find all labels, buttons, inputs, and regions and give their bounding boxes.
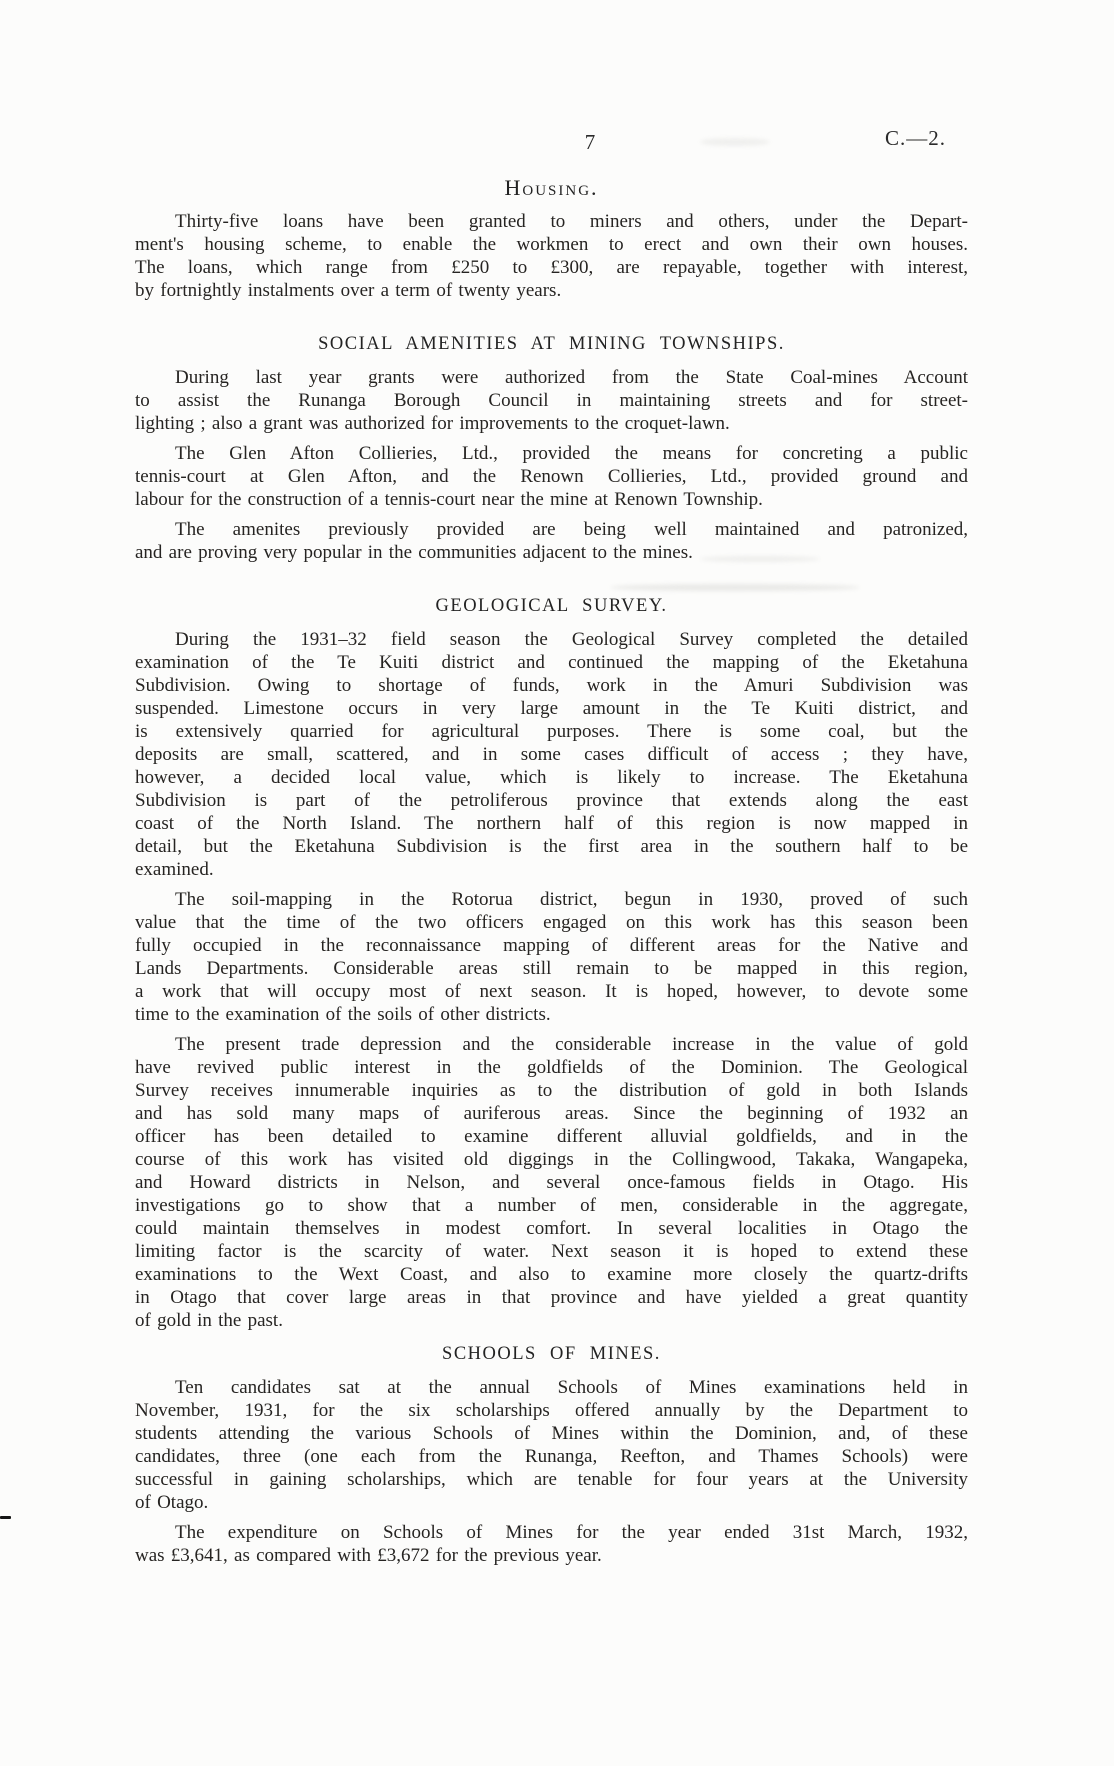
text-line: The amenites previously provided are bei…: [135, 518, 968, 541]
text-line: to assist the Runanga Borough Council in…: [135, 389, 968, 412]
text-line: During last year grants were authorized …: [135, 366, 968, 389]
paragraph: During last year grants were authorized …: [135, 366, 968, 435]
text-line: a work that will occupy most of next sea…: [135, 980, 968, 1003]
document-reference: C.—2.: [885, 126, 995, 151]
paragraph: The amenites previously provided are bei…: [135, 518, 968, 564]
paragraph: Thirty-five loans have been granted to m…: [135, 210, 968, 302]
paragraph: The Glen Afton Collieries, Ltd., provide…: [135, 442, 968, 511]
section-heading-schools-of-mines: SCHOOLS OF MINES.: [135, 1342, 968, 1366]
left-margin-dash: [0, 1516, 11, 1519]
paragraph: Ten candidates sat at the annual Schools…: [135, 1376, 968, 1514]
text-line: however, a decided local value, which is…: [135, 766, 968, 789]
text-line: value that the time of the two officers …: [135, 911, 968, 934]
text-line: time to the examination of the soils of …: [135, 1003, 968, 1026]
text-line: limiting factor is the scarcity of water…: [135, 1240, 968, 1263]
text-line: examination of the Te Kuiti district and…: [135, 651, 968, 674]
scan-smudge: [700, 556, 820, 562]
section-heading-housing: Housing.: [135, 176, 968, 200]
paragraph: During the 1931–32 field season the Geol…: [135, 628, 968, 881]
paragraph: The expenditure on Schools of Mines for …: [135, 1521, 968, 1567]
text-line: deposits are small, scattered, and in so…: [135, 743, 968, 766]
scanned-report-page: { "page": { "number": "7", "reference": …: [0, 0, 1114, 1766]
text-line: coast of the North Island. The northern …: [135, 812, 968, 835]
text-line: lighting ; also a grant was authorized f…: [135, 412, 968, 435]
section-schools-of-mines: SCHOOLS OF MINES.Ten candidates sat at t…: [135, 1342, 968, 1567]
text-line: is extensively quarried for agricultural…: [135, 720, 968, 743]
section-geological-survey: GEOLOGICAL SURVEY.During the 1931–32 fie…: [135, 594, 968, 1332]
text-line: could maintain themselves in modest comf…: [135, 1217, 968, 1240]
page-number: 7: [540, 130, 640, 155]
text-line: by fortnightly instalments over a term o…: [135, 279, 968, 302]
text-line: labour for the construction of a tennis-…: [135, 488, 968, 511]
text-line: detail, but the Eketahuna Subdivision is…: [135, 835, 968, 858]
text-line: examinations to the Wext Coast, and also…: [135, 1263, 968, 1286]
text-line: have revived public interest in the gold…: [135, 1056, 968, 1079]
text-line: was £3,641, as compared with £3,672 for …: [135, 1544, 968, 1567]
text-line: The loans, which range from £250 to £300…: [135, 256, 968, 279]
scan-smudge: [700, 138, 770, 146]
text-line: Thirty-five loans have been granted to m…: [135, 210, 968, 233]
text-line: and are proving very popular in the comm…: [135, 541, 968, 564]
paragraph: The present trade depression and the con…: [135, 1033, 968, 1332]
text-line: of Otago.: [135, 1491, 968, 1514]
text-line: The soil-mapping in the Rotorua district…: [135, 888, 968, 911]
text-line: successful in gaining scholarships, whic…: [135, 1468, 968, 1491]
text-line: Lands Departments. Considerable areas st…: [135, 957, 968, 980]
scan-smudge: [610, 584, 860, 591]
text-line: of gold in the past.: [135, 1309, 968, 1332]
text-line: Ten candidates sat at the annual Schools…: [135, 1376, 968, 1399]
text-line: examined.: [135, 858, 968, 881]
document-body: Housing.Thirty-five loans have been gran…: [135, 176, 968, 1567]
text-line: ment's housing scheme, to enable the wor…: [135, 233, 968, 256]
section-heading-social-amenities: SOCIAL AMENITIES AT MINING TOWNSHIPS.: [135, 332, 968, 356]
text-line: Survey receives innumerable inquiries as…: [135, 1079, 968, 1102]
section-heading-geological-survey: GEOLOGICAL SURVEY.: [135, 594, 968, 618]
text-line: suspended. Limestone occurs in very larg…: [135, 697, 968, 720]
section-housing: Housing.Thirty-five loans have been gran…: [135, 176, 968, 302]
section-social-amenities: SOCIAL AMENITIES AT MINING TOWNSHIPS.Dur…: [135, 332, 968, 564]
text-line: The expenditure on Schools of Mines for …: [135, 1521, 968, 1544]
text-line: course of this work has visited old digg…: [135, 1148, 968, 1171]
text-line: in Otago that cover large areas in that …: [135, 1286, 968, 1309]
text-line: The present trade depression and the con…: [135, 1033, 968, 1056]
text-line: tennis-court at Glen Afton, and the Reno…: [135, 465, 968, 488]
text-line: investigations go to show that a number …: [135, 1194, 968, 1217]
paragraph: The soil-mapping in the Rotorua district…: [135, 888, 968, 1026]
text-line: Subdivision is part of the petroliferous…: [135, 789, 968, 812]
text-line: officer has been detailed to examine dif…: [135, 1125, 968, 1148]
text-line: students attending the various Schools o…: [135, 1422, 968, 1445]
text-line: fully occupied in the reconnaissance map…: [135, 934, 968, 957]
text-line: The Glen Afton Collieries, Ltd., provide…: [135, 442, 968, 465]
text-line: and Howard districts in Nelson, and seve…: [135, 1171, 968, 1194]
text-line: During the 1931–32 field season the Geol…: [135, 628, 968, 651]
text-line: November, 1931, for the six scholarships…: [135, 1399, 968, 1422]
text-line: Subdivision. Owing to shortage of funds,…: [135, 674, 968, 697]
text-line: and has sold many maps of auriferous are…: [135, 1102, 968, 1125]
text-line: candidates, three (one each from the Run…: [135, 1445, 968, 1468]
